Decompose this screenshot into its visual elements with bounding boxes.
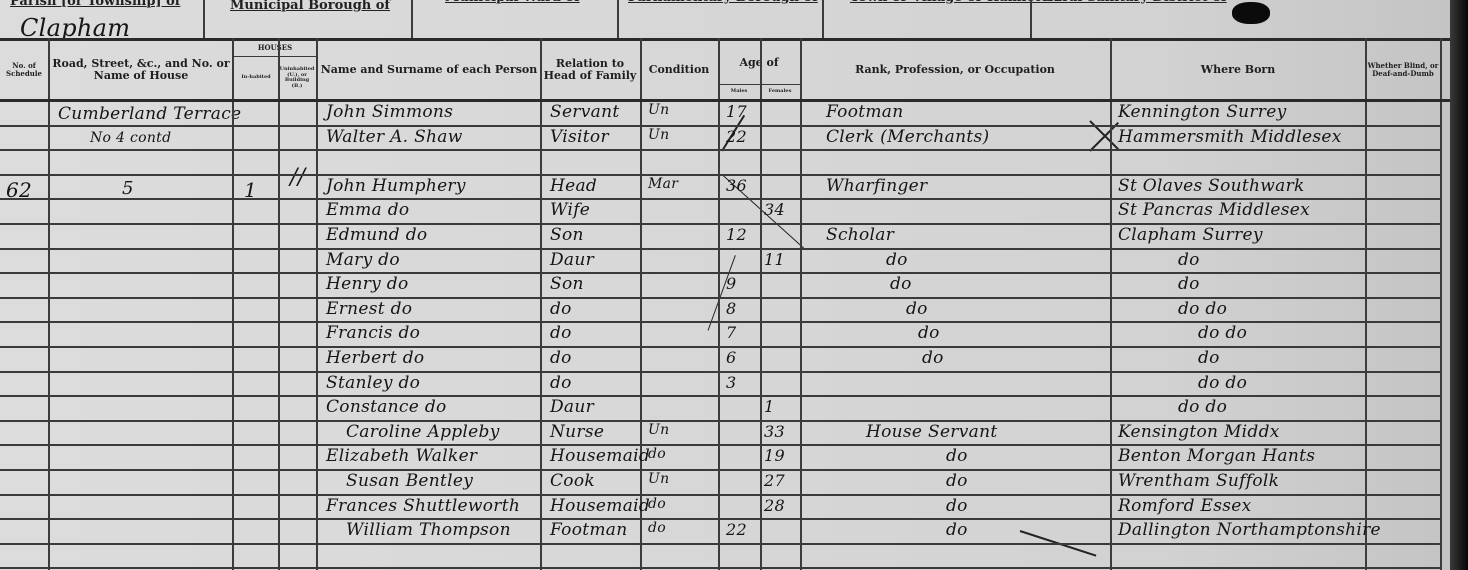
cell-occupation: House Servant: [866, 422, 997, 442]
cell-where-born: do: [1178, 250, 1200, 270]
col-header-relation: Relation to Head of Family: [542, 42, 638, 98]
divider: [617, 0, 619, 38]
cell-relation: Visitor: [550, 127, 609, 147]
cell-name: Herbert do: [326, 348, 424, 368]
cell-name: Frances Shuttleworth: [326, 496, 520, 516]
cell-where-born: Dallington Northamptonshire: [1118, 520, 1381, 540]
column-rule: [540, 38, 542, 570]
cell-occupation: do: [922, 348, 944, 368]
cell-age-male: 12: [726, 225, 747, 244]
house-number: 5: [122, 178, 134, 199]
cell-age-male: 6: [726, 348, 736, 367]
cell-condition: Mar: [648, 176, 678, 192]
cell-where-born: Hammersmith Middlesex: [1118, 127, 1342, 147]
municipal-borough-label: Municipal Borough of: [230, 0, 390, 13]
column-rule: [48, 38, 50, 570]
address-line-1: Cumberland Terrace: [58, 104, 241, 124]
row-rule: [0, 149, 1440, 151]
cell-where-born: St Pancras Middlesex: [1118, 200, 1310, 220]
column-rule: [800, 38, 802, 570]
cell-relation: Son: [550, 274, 584, 294]
cell-name: Elizabeth Walker: [326, 446, 477, 466]
cell-name: Constance do: [326, 397, 447, 417]
divider: [718, 84, 800, 85]
cell-occupation: Scholar: [826, 225, 894, 245]
cell-condition: Un: [648, 102, 669, 118]
col-header-houses: HOUSES: [235, 42, 315, 54]
cell-relation: Wife: [550, 200, 590, 220]
cell-relation: do: [550, 299, 572, 319]
cell-relation: Daur: [550, 250, 594, 270]
sanitary-district-label: Rural Sanitary District of: [1042, 0, 1227, 5]
cell-relation: Nurse: [550, 422, 604, 442]
row-rule: [0, 567, 1440, 569]
cell-name: Stanley do: [326, 373, 420, 393]
cell-age-female: 34: [764, 200, 785, 219]
cell-relation: Housemaid: [550, 496, 650, 516]
cell-relation: do: [550, 323, 572, 343]
cell-relation: Daur: [550, 397, 594, 417]
cell-where-born: Benton Morgan Hants: [1118, 446, 1315, 466]
cell-age-female: 28: [764, 496, 785, 515]
cell-relation: Cook: [550, 471, 595, 491]
parliamentary-borough-label: Parliamentary Borough of: [628, 0, 818, 5]
cell-name: Mary do: [326, 250, 400, 270]
cell-occupation: do: [946, 446, 968, 466]
col-header-males: Males: [720, 86, 758, 98]
cell-occupation: do: [890, 274, 912, 294]
column-rule: [1440, 38, 1442, 570]
cell-occupation: Footman: [826, 102, 903, 122]
cell-relation: Housemaid: [550, 446, 650, 466]
cell-name: Edmund do: [326, 225, 427, 245]
separator-mark: //: [290, 165, 305, 190]
cell-where-born: Clapham Surrey: [1118, 225, 1263, 245]
cell-occupation: do: [906, 299, 928, 319]
column-rule: [1365, 38, 1367, 570]
column-rule: [718, 38, 720, 570]
municipal-ward-label: Municipal Ward of: [445, 0, 580, 5]
cell-age-female: 33: [764, 422, 785, 441]
cell-relation: Footman: [550, 520, 627, 540]
cell-condition: do: [648, 520, 666, 536]
row-rule: [0, 346, 1440, 348]
cell-condition: do: [648, 446, 666, 462]
cell-name: John Humphery: [326, 176, 466, 196]
col-header-condition: Condition: [642, 42, 716, 98]
col-header-age: Age of: [720, 42, 798, 84]
cell-name: John Simmons: [326, 102, 453, 122]
cell-where-born: do do: [1178, 397, 1227, 417]
column-rule: [316, 38, 318, 570]
cell-age-female: 27: [764, 471, 785, 490]
col-header-occupation: Rank, Profession, or Occupation: [802, 42, 1108, 98]
divider: [822, 0, 824, 38]
cell-where-born: St Olaves Southwark: [1118, 176, 1305, 196]
column-rule: [232, 38, 234, 570]
cell-occupation: do: [886, 250, 908, 270]
cell-name: Caroline Appleby: [346, 422, 500, 442]
cell-where-born: do do: [1198, 323, 1247, 343]
census-page: Parish [or Township] of Clapham Municipa…: [0, 0, 1450, 570]
cell-where-born: do do: [1198, 373, 1247, 393]
cell-where-born: do do: [1178, 299, 1227, 319]
col-header-females: Females: [761, 86, 799, 98]
divider: [0, 38, 1450, 41]
cell-where-born: Kennington Surrey: [1118, 102, 1287, 122]
cell-age-male: 7: [726, 323, 736, 342]
cell-where-born: do: [1178, 274, 1200, 294]
cell-age-male: 8: [726, 299, 736, 318]
address-line-2: No 4 contd: [90, 130, 171, 146]
cell-occupation: do: [946, 496, 968, 516]
cell-condition: Un: [648, 127, 669, 143]
cell-age-female: 1: [764, 397, 774, 416]
cell-age-male: 9: [726, 274, 736, 293]
row-rule: [0, 543, 1440, 545]
col-header-schedule: No. of Schedule: [0, 42, 48, 98]
column-rule: [278, 38, 280, 570]
cell-where-born: Romford Essex: [1118, 496, 1252, 516]
divider: [203, 0, 205, 38]
cell-relation: Head: [550, 176, 597, 196]
cell-relation: Son: [550, 225, 584, 245]
cell-name: Ernest do: [326, 299, 412, 319]
cell-occupation: Clerk (Merchants): [826, 127, 989, 147]
cell-where-born: do: [1198, 348, 1220, 368]
col-header-name: Name and Surname of each Person: [320, 42, 538, 98]
cell-occupation: do: [946, 471, 968, 491]
cell-occupation: Wharfinger: [826, 176, 927, 196]
ink-blot: [1232, 2, 1270, 24]
cell-condition: Un: [648, 471, 669, 487]
cell-name: Francis do: [326, 323, 420, 343]
town-label: Town or Village or Hamlet of: [850, 0, 1060, 5]
cell-relation: do: [550, 348, 572, 368]
cell-age-female: 19: [764, 446, 785, 465]
cell-age-female: 11: [764, 250, 785, 269]
cell-occupation: do: [918, 323, 940, 343]
column-rule: [760, 38, 762, 570]
row-rule: [0, 272, 1440, 274]
cell-where-born: Wrentham Suffolk: [1118, 471, 1279, 491]
cell-age-male: 22: [726, 520, 747, 539]
cell-name: Henry do: [326, 274, 409, 294]
col-header-inhabited: In-habited: [235, 58, 277, 98]
cell-age-male: 22: [726, 127, 747, 146]
cell-name: Susan Bentley: [346, 471, 473, 491]
col-header-infirmity: Whether Blind, or Deaf-and-Dumb: [1367, 42, 1439, 98]
cell-relation: do: [550, 373, 572, 393]
cell-age-male: 3: [726, 373, 736, 392]
cell-where-born: Kensington Middx: [1118, 422, 1280, 442]
divider: [233, 56, 317, 57]
cell-condition: do: [648, 496, 666, 512]
column-rule: [1110, 38, 1112, 570]
cell-name: Walter A. Shaw: [326, 127, 463, 147]
cell-relation: Servant: [550, 102, 619, 122]
parish-label: Parish [or Township] of: [10, 0, 180, 9]
divider: [411, 0, 413, 38]
cell-name: William Thompson: [346, 520, 511, 540]
cell-condition: Un: [648, 422, 669, 438]
cell-age-male: 17: [726, 102, 747, 121]
cell-age-male: 36: [726, 176, 747, 195]
divider: [1030, 0, 1032, 38]
col-header-road: Road, Street, &c., and No. or Name of Ho…: [52, 42, 230, 98]
column-rule: [640, 38, 642, 570]
cell-occupation: do: [946, 520, 968, 540]
scan-edge: [1450, 0, 1468, 570]
col-header-uninhabited: Uninhabited (U.), or Building (B.): [279, 58, 315, 98]
cell-name: Emma do: [326, 200, 409, 220]
col-header-where-born: Where Born: [1112, 42, 1364, 98]
row-rule: [0, 248, 1440, 250]
